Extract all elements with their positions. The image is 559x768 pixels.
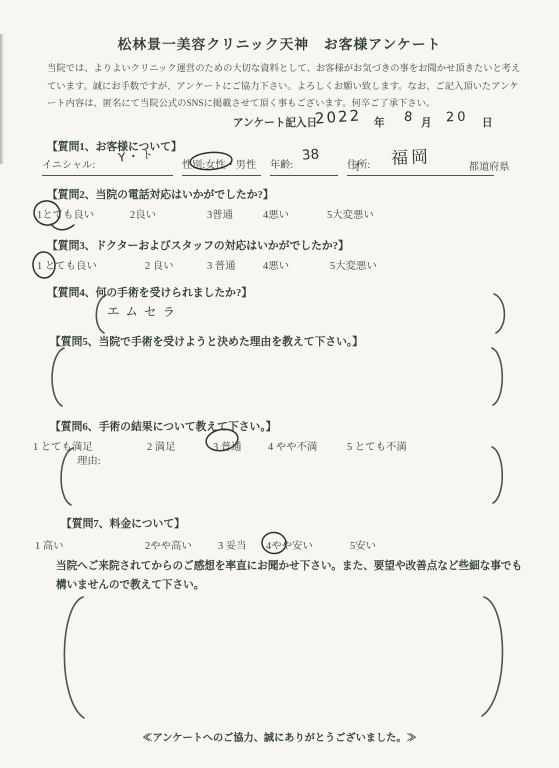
address-unit: 都道府県 — [469, 162, 510, 173]
answer-bracket-left — [52, 348, 64, 406]
date-label: アンケート記入日 — [233, 115, 317, 130]
gender-option-female: 女性 — [205, 160, 225, 171]
answer-bracket-left — [61, 448, 73, 505]
day-unit: 日 — [482, 115, 493, 130]
option: 4悪い — [263, 206, 289, 221]
question-3-heading: 【質問3、ドクターおよびスタッフの対応はいかがでしたか?】 — [47, 238, 349, 253]
initials-label: イニシャル: — [42, 160, 95, 171]
question-2-heading: 【質問2、当院の電話対応はいかがでしたか?】 — [47, 187, 274, 202]
option: 5安い — [350, 537, 376, 552]
intro-line: ています。誠にお手数ですが、アンケートにご協力下さい。よろしくお願い致します。な… — [47, 79, 520, 97]
question-5-heading: 【質問5、当院で手術を受けようと決めた理由を教えて下さい。】 — [50, 334, 363, 349]
scanned-survey-page: 松林景一美容クリニック天神 お客様アンケート 当院では、よりよいクリニック運営の… — [0, 0, 559, 768]
answer-bracket-right — [494, 294, 504, 333]
answer-bracket-left — [64, 597, 84, 718]
question-1-heading: 【質問1、お客様について】 — [47, 139, 182, 154]
option: 2やや高い — [145, 537, 192, 552]
answer-bracket-left — [96, 295, 106, 333]
option: 3 普通 — [213, 438, 242, 453]
option: 5大変悪い — [330, 257, 377, 272]
option: 5 とても不満 — [347, 438, 407, 453]
survey-date-line: アンケート記入日 2022 年 8 月 20 日 — [0, 115, 559, 131]
handwritten-day: 20 — [446, 110, 469, 126]
option: 5大変悪い — [327, 206, 374, 221]
handwritten-surgery-answer: エムセラ — [107, 301, 181, 320]
handwritten-age: 38 — [301, 146, 319, 163]
reason-label: 理由: — [77, 452, 101, 467]
option: 3 普通 — [207, 257, 236, 272]
month-unit: 月 — [421, 115, 432, 130]
year-unit: 年 — [374, 115, 385, 130]
closing-message: ≪アンケートへのご協力、誠にありがとうございました。≫ — [0, 729, 559, 744]
field-initials: イニシャル: Y・ト — [42, 156, 173, 176]
question-2-options: 1とても良い 2良い 3普通 4悪い 5大変悪い — [0, 206, 559, 222]
gender-option-male: 男性 — [236, 160, 256, 171]
age-label: 年齢: — [270, 160, 293, 171]
option: 3普通 — [207, 206, 233, 221]
handwritten-month: 8 — [403, 110, 413, 126]
option: 4悪い — [263, 257, 289, 272]
option: 1 とても満足 — [33, 438, 93, 453]
question-3-options: 1 とても良い 2 良い 3 普通 4悪い 5大変悪い — [0, 257, 559, 273]
question-7-heading: 【質問7、料金について】 — [61, 516, 185, 531]
address-label: 住所: — [347, 160, 370, 171]
pen-tail-mark — [51, 224, 74, 230]
feedback-prompt-line: 構いませんので教えて下さい。 — [56, 577, 204, 592]
survey-title: 松林景一美容クリニック天神 お客様アンケート — [0, 33, 559, 53]
option: 2 満足 — [147, 438, 176, 453]
option: 1 高い — [35, 537, 64, 552]
scan-edge-shadow — [0, 34, 4, 164]
intro-line: 当院では、よりよいクリニック運営のための大切な資料として、お客様がお気づきの事を… — [47, 61, 520, 79]
field-age: 年齢: 38 才 — [270, 156, 338, 176]
handwritten-address: 福岡 — [391, 142, 432, 168]
question-4-heading: 【質問4、何の手術を受けられましたか?】 — [47, 285, 252, 300]
option: 3 妥当 — [218, 537, 247, 552]
handwritten-initials: Y・ト — [117, 145, 156, 166]
field-gender: 性別:女性・男性 — [182, 156, 261, 176]
option: 1とても良い — [37, 206, 94, 221]
gender-label: 性別: — [182, 160, 205, 171]
option: 1 とても良い — [37, 257, 97, 272]
option: 4 やや不満 — [268, 438, 317, 453]
field-address: 住所: 福岡 都道府県 — [347, 156, 494, 176]
gender-separator: ・ — [226, 160, 236, 171]
option: 2良い — [130, 206, 156, 221]
handwritten-year: 2022 — [314, 106, 361, 127]
answer-bracket-right — [492, 447, 502, 503]
option: 2 良い — [145, 257, 174, 272]
intro-paragraph: 当院では、よりよいクリニック運営のための大切な資料として、お客様がお気づきの事を… — [47, 61, 520, 114]
question-7-options: 1 高い 2やや高い 3 妥当 4やや安い 5安い — [0, 537, 559, 553]
option: 4やや安い — [266, 537, 313, 552]
answer-bracket-right — [482, 597, 503, 716]
question-6-heading: 【質問6、手術の結果について教えて下さい。】 — [50, 419, 277, 434]
question-1-fields: イニシャル: Y・ト 性別:女性・男性 年齢: 38 才 住所: 福岡 都道府県 — [0, 156, 559, 175]
feedback-prompt-line: 当院へご来院されてからのご感想を率直にお聞かせ下さい。また、要望や改善点など些細… — [56, 558, 522, 573]
answer-bracket-right — [492, 348, 502, 405]
